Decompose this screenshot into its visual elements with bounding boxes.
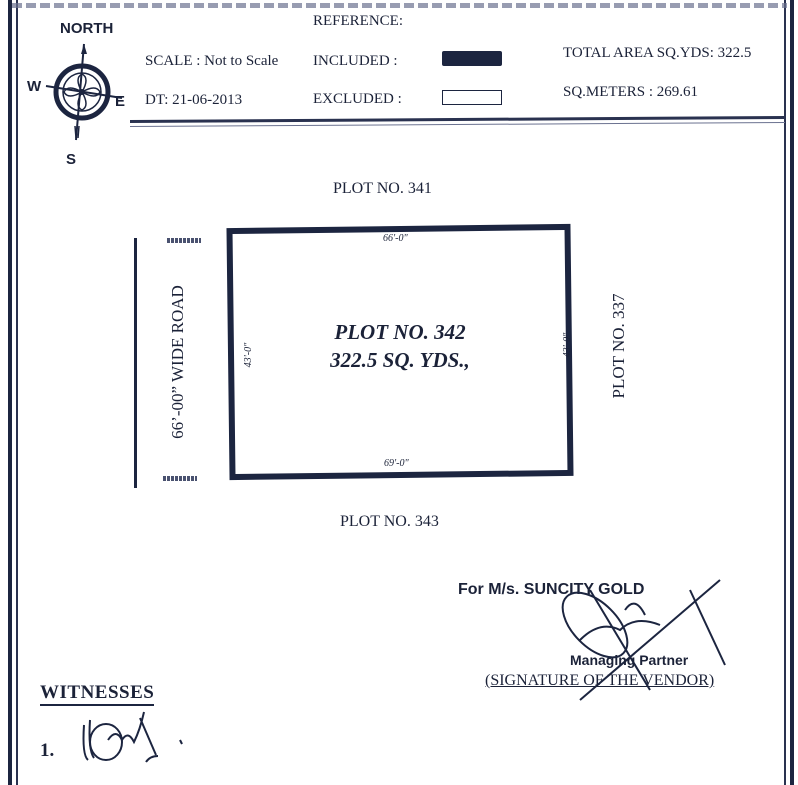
date-label: DT: 21-06-2013 (145, 92, 242, 109)
road-boundary-line (134, 238, 137, 488)
header-divider-thin (130, 122, 785, 127)
north-neighbor-plot: PLOT NO. 341 (333, 180, 432, 198)
reference-label: REFERENCE: (313, 13, 403, 30)
south-neighbor-plot: PLOT NO. 343 (340, 513, 439, 531)
total-area: TOTAL AREA SQ.YDS: 322.5 (563, 45, 751, 62)
plot-title: PLOT NO. 342 (300, 320, 500, 345)
page-border-right (790, 0, 794, 785)
top-decorative-strip (12, 3, 787, 8)
vendor-role: Managing Partner (570, 652, 688, 668)
excluded-legend-swatch (442, 90, 502, 105)
road-label-wrap: 66’-00” WIDE ROAD (168, 267, 192, 457)
plot-area: 322.5 SQ. YDS., (300, 348, 500, 373)
witness-number: 1. (40, 740, 54, 762)
dimension-east: 43'-0" (562, 333, 573, 358)
sq-meters: SQ.METERS : 269.61 (563, 84, 698, 101)
dimension-west: 43'-0" (243, 343, 254, 368)
dimension-south: 69'-0" (384, 458, 409, 469)
vendor-signature-caption: (SIGNATURE OF THE VENDOR) (485, 672, 714, 690)
dimension-north: 66'-0" (383, 233, 408, 244)
excluded-label: EXCLUDED : (313, 91, 402, 108)
compass-rose-icon (38, 40, 128, 150)
page-border-left-inner (16, 0, 18, 785)
east-neighbor-plot: PLOT NO. 337 (609, 294, 628, 399)
witness-signature-scribble (78, 700, 198, 770)
included-label: INCLUDED : (313, 53, 398, 70)
road-marker-top (167, 238, 201, 243)
page-border-left (8, 0, 12, 785)
compass-south-label: S (66, 151, 76, 168)
dimension-west-wrap: 43'-0" (238, 335, 252, 375)
scale-label: SCALE : Not to Scale (145, 53, 278, 70)
east-neighbor-wrap: PLOT NO. 337 (609, 256, 631, 436)
compass: NORTH W E S (30, 18, 140, 168)
west-road-label: 66’-00” WIDE ROAD (168, 285, 187, 439)
dimension-east-wrap: 43'-0" (557, 325, 571, 365)
compass-north-label: NORTH (60, 20, 113, 37)
included-legend-swatch (442, 51, 502, 66)
road-marker-bottom (163, 476, 197, 481)
